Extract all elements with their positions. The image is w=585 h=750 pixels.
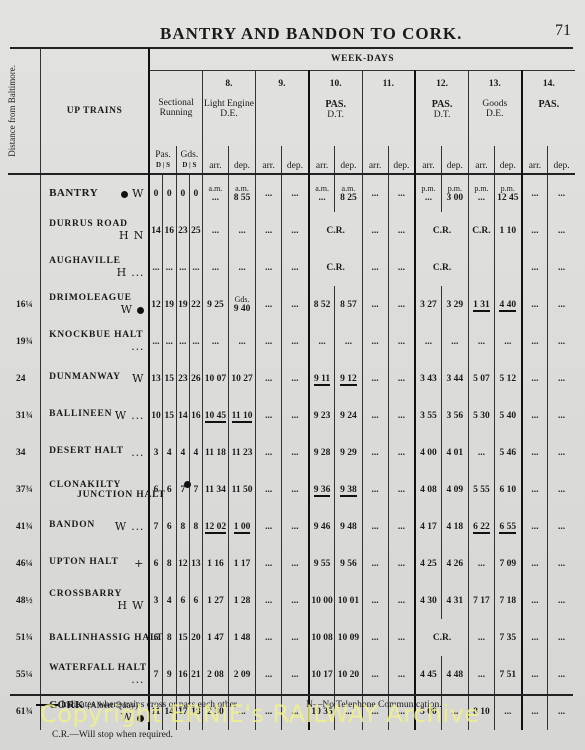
time-cell: ...	[548, 212, 575, 249]
time-cell: 7 35	[494, 619, 521, 656]
time-value: 11 34	[205, 485, 226, 495]
time-cell: ...	[388, 508, 415, 545]
time-cell: ...	[522, 174, 548, 212]
block-post-icon	[137, 307, 144, 314]
running-time: 12	[149, 286, 162, 323]
time-cell: 3 43	[415, 360, 441, 397]
running-time: ...	[176, 323, 189, 360]
train-8-header: 8.Light EngineD.E.	[202, 70, 255, 146]
time-value: ...	[265, 559, 272, 569]
running-time: 0	[149, 174, 162, 212]
time-value: 12 02	[205, 522, 226, 534]
station-marks: +	[134, 557, 148, 570]
time-cell: ...	[522, 286, 548, 323]
dep-header: dep.	[335, 146, 362, 174]
time-value: ...	[398, 337, 405, 347]
time-value: ...	[558, 522, 565, 532]
distance-cell: 48½	[8, 582, 41, 619]
running-time: ...	[149, 249, 162, 286]
time-value: ...	[398, 300, 405, 310]
table-row: DURRUS ROAD H N14162325............C.R..…	[8, 212, 575, 249]
time-value: ...	[558, 633, 565, 643]
mark-text: ...	[131, 409, 144, 422]
time-cell: ...	[522, 619, 548, 656]
time-cell: ...	[522, 212, 548, 249]
time-cell: 11 50	[228, 471, 255, 508]
time-cell: ...	[522, 545, 548, 582]
mark-text: ...	[131, 266, 144, 279]
time-cell: 5 12	[494, 360, 521, 397]
time-value: ...	[478, 670, 485, 680]
running-time: 3	[149, 434, 162, 471]
time-value: 9 55	[314, 559, 331, 569]
time-value: ...	[212, 263, 219, 273]
station-marks: ...	[131, 340, 148, 353]
time-value: 10 09	[338, 633, 359, 643]
time-cell: a.m....	[309, 174, 335, 212]
station-cell: BANTRY W	[41, 174, 150, 212]
arr-header: arr.	[256, 146, 282, 174]
time-value: ...	[558, 670, 565, 680]
time-cell: ...	[468, 545, 494, 582]
time-prefix: p.m.	[469, 184, 494, 193]
mark-text: W	[121, 303, 133, 316]
time-cell: 1 16	[202, 545, 228, 582]
running-time: 16	[162, 212, 176, 249]
time-value: ...	[531, 485, 538, 495]
time-cell: ...	[548, 693, 575, 730]
running-time: 7	[149, 508, 162, 545]
time-cell: 10 00	[309, 582, 335, 619]
time-cell: C.R.	[468, 212, 494, 249]
time-cell: 1 48	[228, 619, 255, 656]
time-value: ...	[291, 596, 298, 606]
time-value: 8 57	[340, 300, 357, 310]
running-time: ...	[189, 323, 202, 360]
train-sub: D.E.	[203, 109, 255, 119]
time-cell: ...	[282, 656, 309, 693]
time-value: 2 08	[207, 670, 224, 680]
train-number: 9.	[256, 79, 308, 89]
time-cell: ...	[256, 434, 282, 471]
distance-cell: 34	[8, 434, 41, 471]
time-cell: 4 26	[441, 545, 468, 582]
table-row: BANTRY W0000a.m....a.m.8 55......a.m....…	[8, 174, 575, 212]
station-name-line2: JUNCTION HALT	[49, 490, 148, 500]
time-cell: 10 45	[202, 397, 228, 434]
time-cell: 7 17	[468, 582, 494, 619]
station-marks: W ...	[115, 409, 148, 422]
time-value: ...	[291, 337, 298, 347]
time-value: 4 40	[499, 300, 516, 312]
mark-text: H	[119, 229, 129, 242]
time-cell: 9 29	[335, 434, 362, 471]
time-value: ...	[531, 559, 538, 569]
time-value: ...	[558, 337, 565, 347]
time-value: ...	[371, 485, 378, 495]
train-11-header: 11.	[362, 70, 415, 146]
train-10-header: 10.PAS.D.T.	[309, 70, 362, 146]
time-cell: ...	[282, 174, 309, 212]
time-value: ...	[371, 374, 378, 384]
station-marks: W	[121, 187, 148, 200]
time-value: ...	[265, 263, 272, 273]
train-number: 13.	[469, 79, 521, 89]
pas-ds: D | S	[156, 161, 170, 169]
pas-label: Pas.	[155, 150, 171, 160]
time-value: 3 55	[420, 411, 437, 421]
time-cell: 4 25	[415, 545, 441, 582]
running-time: 21	[189, 656, 202, 693]
time-value: ...	[371, 559, 378, 569]
mark-text: ...	[131, 673, 144, 686]
time-value: ...	[531, 448, 538, 458]
time-value: 11 23	[232, 448, 253, 458]
time-value: 4 31	[447, 596, 464, 606]
train-sub: D.T.	[310, 110, 362, 120]
time-value: 5 46	[499, 448, 516, 458]
time-cell: 7 09	[494, 545, 521, 582]
station-name: DESERT HALT	[49, 446, 124, 456]
time-cell: ...	[548, 249, 575, 286]
time-value: ...	[238, 263, 245, 273]
station-cell: DUNMANWAY W	[41, 360, 150, 397]
time-value: ...	[425, 193, 432, 203]
time-cell	[494, 249, 521, 286]
distance-cell	[8, 174, 41, 212]
time-value: ...	[265, 374, 272, 384]
time-cell: ...	[282, 508, 309, 545]
station-marks: W	[132, 372, 148, 385]
time-cell: 1 00	[228, 508, 255, 545]
time-cell: 4 40	[494, 286, 521, 323]
dep-header: dep.	[548, 146, 575, 174]
running-time: 0	[189, 174, 202, 212]
station-name: BANDON	[49, 520, 95, 530]
time-cell: ...	[388, 212, 415, 249]
time-value: ...	[371, 670, 378, 680]
running-time: 19	[162, 286, 176, 323]
time-cell: 11 34	[202, 471, 228, 508]
gds-label: Gds.	[181, 150, 199, 160]
time-value: 4 17	[420, 522, 437, 532]
station-cell: CLONAKILTY JUNCTION HALT	[41, 471, 150, 508]
time-value: ...	[291, 189, 298, 199]
distance-cell: 51¾	[8, 619, 41, 656]
time-value: 9 23	[314, 411, 331, 421]
time-value: 9 25	[207, 300, 224, 310]
time-value: 10 45	[205, 411, 226, 423]
time-cell: ...	[362, 174, 388, 212]
time-cell: ...	[362, 582, 388, 619]
time-cell: ...	[522, 693, 548, 730]
time-value: ...	[398, 485, 405, 495]
time-cell: ...	[256, 619, 282, 656]
running-time: 8	[162, 545, 176, 582]
time-cell: 4 48	[441, 656, 468, 693]
time-value: 1 28	[234, 596, 251, 606]
time-cell: p.m.12 45	[494, 174, 521, 212]
running-time: 14	[176, 397, 189, 434]
time-cell: p.m.3 00	[441, 174, 468, 212]
time-cell: ...	[522, 508, 548, 545]
time-value: 7 17	[473, 596, 490, 606]
running-time: 13	[189, 545, 202, 582]
running-time: 19	[176, 286, 189, 323]
station-name: BALLINHASSIG HALT	[49, 633, 163, 643]
time-cell: 10 27	[228, 360, 255, 397]
time-cell: 11 10	[228, 397, 255, 434]
time-cell	[468, 249, 494, 286]
running-time: ...	[162, 249, 176, 286]
time-value: ...	[558, 189, 565, 199]
time-value: ...	[558, 596, 565, 606]
station-name: WATERFALL HALT	[49, 663, 147, 673]
time-cell: ...	[282, 286, 309, 323]
time-cell: a.m.8 55	[228, 174, 255, 212]
mark-text: ...	[131, 520, 144, 533]
time-value: 10 01	[338, 596, 359, 606]
time-cell: ...	[548, 360, 575, 397]
running-time: 8	[176, 508, 189, 545]
time-value: 4 45	[420, 670, 437, 680]
running-time: 25	[189, 212, 202, 249]
running-time: 26	[189, 360, 202, 397]
time-cell: ...	[282, 212, 309, 249]
time-value: 10 17	[311, 670, 332, 680]
time-cell: 3 29	[441, 286, 468, 323]
station-name: CLONAKILTY	[49, 480, 148, 490]
time-cell: ...	[282, 582, 309, 619]
time-cell: ...	[335, 323, 362, 360]
time-cell: ...	[309, 323, 335, 360]
time-value: ...	[319, 337, 326, 347]
time-cell: 1 28	[228, 582, 255, 619]
time-value: 6 55	[499, 522, 516, 534]
time-value: 4 08	[420, 485, 437, 495]
mark-text: W	[132, 187, 144, 200]
time-cell: ...	[522, 434, 548, 471]
time-cell: 9 36	[309, 471, 335, 508]
time-value: ...	[478, 633, 485, 643]
time-value: ...	[531, 707, 538, 717]
time-value: ...	[531, 189, 538, 199]
time-value: 9 38	[340, 485, 357, 497]
time-cell: ...	[362, 249, 388, 286]
running-time: 6	[162, 508, 176, 545]
train-type: PAS.	[523, 99, 575, 110]
station-marks: W ...	[115, 520, 148, 533]
table-row: 34DESERT HALT ...344411 1811 23......9 2…	[8, 434, 575, 471]
time-cell: 11 23	[228, 434, 255, 471]
time-value: 6 22	[473, 522, 490, 534]
distance-header: Distance from Baltimore.	[8, 48, 41, 174]
time-cell: ...	[282, 471, 309, 508]
running-time: 16	[189, 397, 202, 434]
running-time: 8	[162, 619, 176, 656]
time-value: ...	[371, 300, 378, 310]
time-cell: ...	[228, 249, 255, 286]
time-value: 9 11	[314, 374, 330, 386]
train-type: Light Engine	[203, 99, 255, 109]
time-value: ...	[371, 189, 378, 199]
time-value: ...	[478, 193, 485, 203]
time-cell: ...	[388, 397, 415, 434]
time-cell: ...	[282, 323, 309, 360]
time-value: ...	[291, 411, 298, 421]
station-name: UPTON HALT	[49, 557, 119, 567]
time-value: 5 30	[473, 411, 490, 421]
time-cell: ...	[282, 545, 309, 582]
table-row: 46¼UPTON HALT +6812131 161 17......9 559…	[8, 545, 575, 582]
time-cell: 7 51	[494, 656, 521, 693]
station-cell: BANDON W ...	[41, 508, 150, 545]
time-value: ...	[558, 448, 565, 458]
running-time: 7	[189, 471, 202, 508]
train-number: 8.	[203, 79, 255, 89]
running-time: 4	[176, 434, 189, 471]
time-cell: ...	[362, 286, 388, 323]
time-cell: ...	[362, 619, 388, 656]
time-cell: ...	[228, 212, 255, 249]
distance-cell: 41¾	[8, 508, 41, 545]
time-cell: ...	[282, 360, 309, 397]
time-cell: ...	[522, 323, 548, 360]
time-cell: 8 52	[309, 286, 335, 323]
time-value: 11 50	[232, 485, 253, 495]
running-time: 10	[149, 397, 162, 434]
title-text: BANTRY AND BANDON TO CORK.	[160, 24, 462, 44]
time-cell: ...	[256, 212, 282, 249]
time-value: ...	[265, 300, 272, 310]
time-value: 7 35	[499, 633, 516, 643]
time-cell: ...	[548, 619, 575, 656]
time-cell: ...	[522, 582, 548, 619]
time-cell: ...	[362, 545, 388, 582]
time-value: ...	[212, 193, 219, 203]
time-value: ...	[504, 337, 511, 347]
time-value: ...	[371, 522, 378, 532]
time-value: ...	[371, 226, 378, 236]
distance-cell: 16¼	[8, 286, 41, 323]
time-cell: ...	[388, 360, 415, 397]
time-cell: a.m....	[202, 174, 228, 212]
time-value: 2 09	[234, 670, 251, 680]
time-cell: ...	[388, 545, 415, 582]
running-time: 4	[189, 434, 202, 471]
time-prefix: a.m.	[310, 184, 335, 193]
sectional-running-header: Sectional Running	[149, 70, 202, 146]
station-cell: BALLINHASSIG HALT	[41, 619, 150, 656]
time-cell: ...	[202, 212, 228, 249]
time-value: ...	[531, 263, 538, 273]
time-cell: ...	[282, 249, 309, 286]
time-cell: ...	[468, 619, 494, 656]
time-cell: ...	[522, 397, 548, 434]
train-sub: D.E.	[469, 109, 521, 119]
time-value: ...	[371, 337, 378, 347]
time-value: ...	[371, 633, 378, 643]
time-cell: 5 55	[468, 471, 494, 508]
time-value: 9 40	[234, 304, 251, 314]
week-days-header: WEEK-DAYS	[149, 48, 575, 70]
time-value: ...	[398, 596, 405, 606]
time-value: ...	[558, 559, 565, 569]
time-value: ...	[345, 337, 352, 347]
time-value: 9 12	[340, 374, 357, 386]
time-cell: ...	[388, 286, 415, 323]
station-name: KNOCKBUE HALT	[49, 330, 143, 340]
gds-header: Gds.D | S	[176, 146, 202, 174]
time-value: ...	[478, 337, 485, 347]
running-time: 14	[149, 212, 162, 249]
time-cell: p.m....	[468, 174, 494, 212]
time-cell: 9 55	[309, 545, 335, 582]
time-value: ...	[398, 633, 405, 643]
time-cell: 1 17	[228, 545, 255, 582]
time-cell: ...	[548, 471, 575, 508]
time-value: 4 09	[447, 485, 464, 495]
time-cell: 5 30	[468, 397, 494, 434]
time-value: ...	[531, 300, 538, 310]
time-value: 3 00	[447, 193, 464, 203]
time-cell: 2 08	[202, 656, 228, 693]
time-value: 1 17	[234, 559, 251, 569]
distance-label: Distance from Baltimore.	[8, 65, 18, 157]
table-row: 37¾CLONAKILTY JUNCTION HALT667711 3411 5…	[8, 471, 575, 508]
time-cell: 5 40	[494, 397, 521, 434]
running-time: 4	[162, 582, 176, 619]
time-value: ...	[531, 411, 538, 421]
time-value: ...	[371, 596, 378, 606]
dep-header: dep.	[494, 146, 521, 174]
time-cell: ...	[468, 656, 494, 693]
station-cell: WATERFALL HALT ...	[41, 656, 150, 693]
dep-header: dep.	[282, 146, 309, 174]
time-cell: ...	[388, 174, 415, 212]
time-value: ...	[558, 226, 565, 236]
table-row: 19¾KNOCKBUE HALT .......................…	[8, 323, 575, 360]
time-value: 10 00	[311, 596, 332, 606]
time-value: ...	[265, 411, 272, 421]
time-value: C.R.	[472, 226, 490, 236]
arr-header: arr.	[468, 146, 494, 174]
running-time: 7	[176, 471, 189, 508]
time-cell: ...	[388, 249, 415, 286]
time-cell: 8 57	[335, 286, 362, 323]
time-cell: 4 30	[415, 582, 441, 619]
running-time: 0	[162, 174, 176, 212]
time-value: ...	[265, 337, 272, 347]
time-value: 7 09	[499, 559, 516, 569]
time-value: ...	[531, 522, 538, 532]
time-value: ...	[212, 337, 219, 347]
time-value: 9 29	[340, 448, 357, 458]
train-type: PAS.	[416, 99, 468, 110]
time-cell: ...	[282, 397, 309, 434]
time-value: ...	[451, 337, 458, 347]
station-marks: ...	[131, 446, 148, 459]
time-value: 5 12	[499, 374, 516, 384]
time-cell: 1 10	[494, 212, 521, 249]
time-value: ...	[291, 633, 298, 643]
mark-text: H	[117, 266, 127, 279]
time-value: ...	[265, 189, 272, 199]
time-value: ...	[558, 263, 565, 273]
time-cell: ...	[256, 471, 282, 508]
time-value: ...	[398, 670, 405, 680]
timetable-page: BANTRY AND BANDON TO CORK. 71 Distance f…	[0, 0, 585, 750]
